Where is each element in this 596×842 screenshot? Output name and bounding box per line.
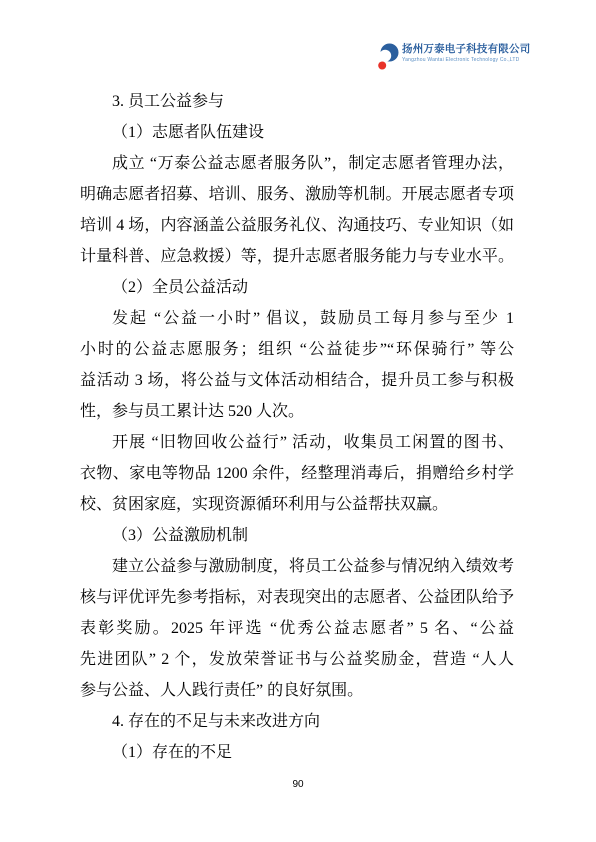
body-line: 参与公益、人人践行责任” 的良好氛围。 [80, 675, 514, 706]
company-name-en: Yangzhou Wantai Electronic Technology Co… [402, 57, 530, 64]
heading-all-staff-welfare: （2）全员公益活动 [80, 272, 514, 303]
body-line: 小时的公益志愿服务；组织 “公益徒步”“环保骑行” 等公 [80, 334, 514, 365]
body-line: 性，参与员工累计达 520 人次。 [80, 396, 514, 427]
body-line: 培训 4 场，内容涵盖公益服务礼仪、沟通技巧、专业知识（如 [80, 210, 514, 241]
body-line: 成立 “万泰公益志愿者服务队”，制定志愿者管理办法， [80, 148, 514, 179]
company-name: 扬州万泰电子科技有限公司 [402, 43, 530, 57]
document-body: 3. 员工公益参与 （1）志愿者队伍建设 成立 “万泰公益志愿者服务队”，制定志… [80, 86, 514, 768]
document-page: 扬州万泰电子科技有限公司 Yangzhou Wantai Electronic … [0, 0, 596, 842]
company-name-block: 扬州万泰电子科技有限公司 Yangzhou Wantai Electronic … [402, 43, 530, 64]
body-line: 核与评优评先参考指标，对表现突出的志愿者、公益团队给予 [80, 582, 514, 613]
heading-shortcomings: （1）存在的不足 [80, 737, 514, 768]
heading-volunteer-team: （1）志愿者队伍建设 [80, 117, 514, 148]
body-line: 计量科普、应急救援）等，提升志愿者服务能力与专业水平。 [80, 241, 514, 272]
body-line: 先进团队” 2 个，发放荣誉证书与公益奖励金，营造 “人人 [80, 644, 514, 675]
logo-icon [378, 43, 399, 71]
heading-incentive-mechanism: （3）公益激励机制 [80, 520, 514, 551]
page-number: 90 [0, 779, 596, 790]
body-line: 益活动 3 场，将公益与文体活动相结合，提升员工参与积极 [80, 365, 514, 396]
body-line: 发起 “公益一小时” 倡议，鼓励员工每月参与至少 1 [80, 303, 514, 334]
body-line: 衣物、家电等物品 1200 余件，经整理消毒后，捐赠给乡村学 [80, 458, 514, 489]
body-line: 明确志愿者招募、培训、服务、激励等机制。开展志愿者专项 [80, 179, 514, 210]
company-logo: 扬州万泰电子科技有限公司 Yangzhou Wantai Electronic … [378, 43, 530, 71]
body-line: 校、贫困家庭，实现资源循环利用与公益帮扶双赢。 [80, 489, 514, 520]
heading-shortcomings-future: 4. 存在的不足与未来改进方向 [80, 706, 514, 737]
body-line: 表彰奖励。2025 年评选 “优秀公益志愿者” 5 名、“公益 [80, 613, 514, 644]
body-line: 开展 “旧物回收公益行” 活动，收集员工闲置的图书、 [80, 427, 514, 458]
heading-employee-welfare: 3. 员工公益参与 [80, 86, 514, 117]
body-line: 建立公益参与激励制度，将员工公益参与情况纳入绩效考 [80, 551, 514, 582]
